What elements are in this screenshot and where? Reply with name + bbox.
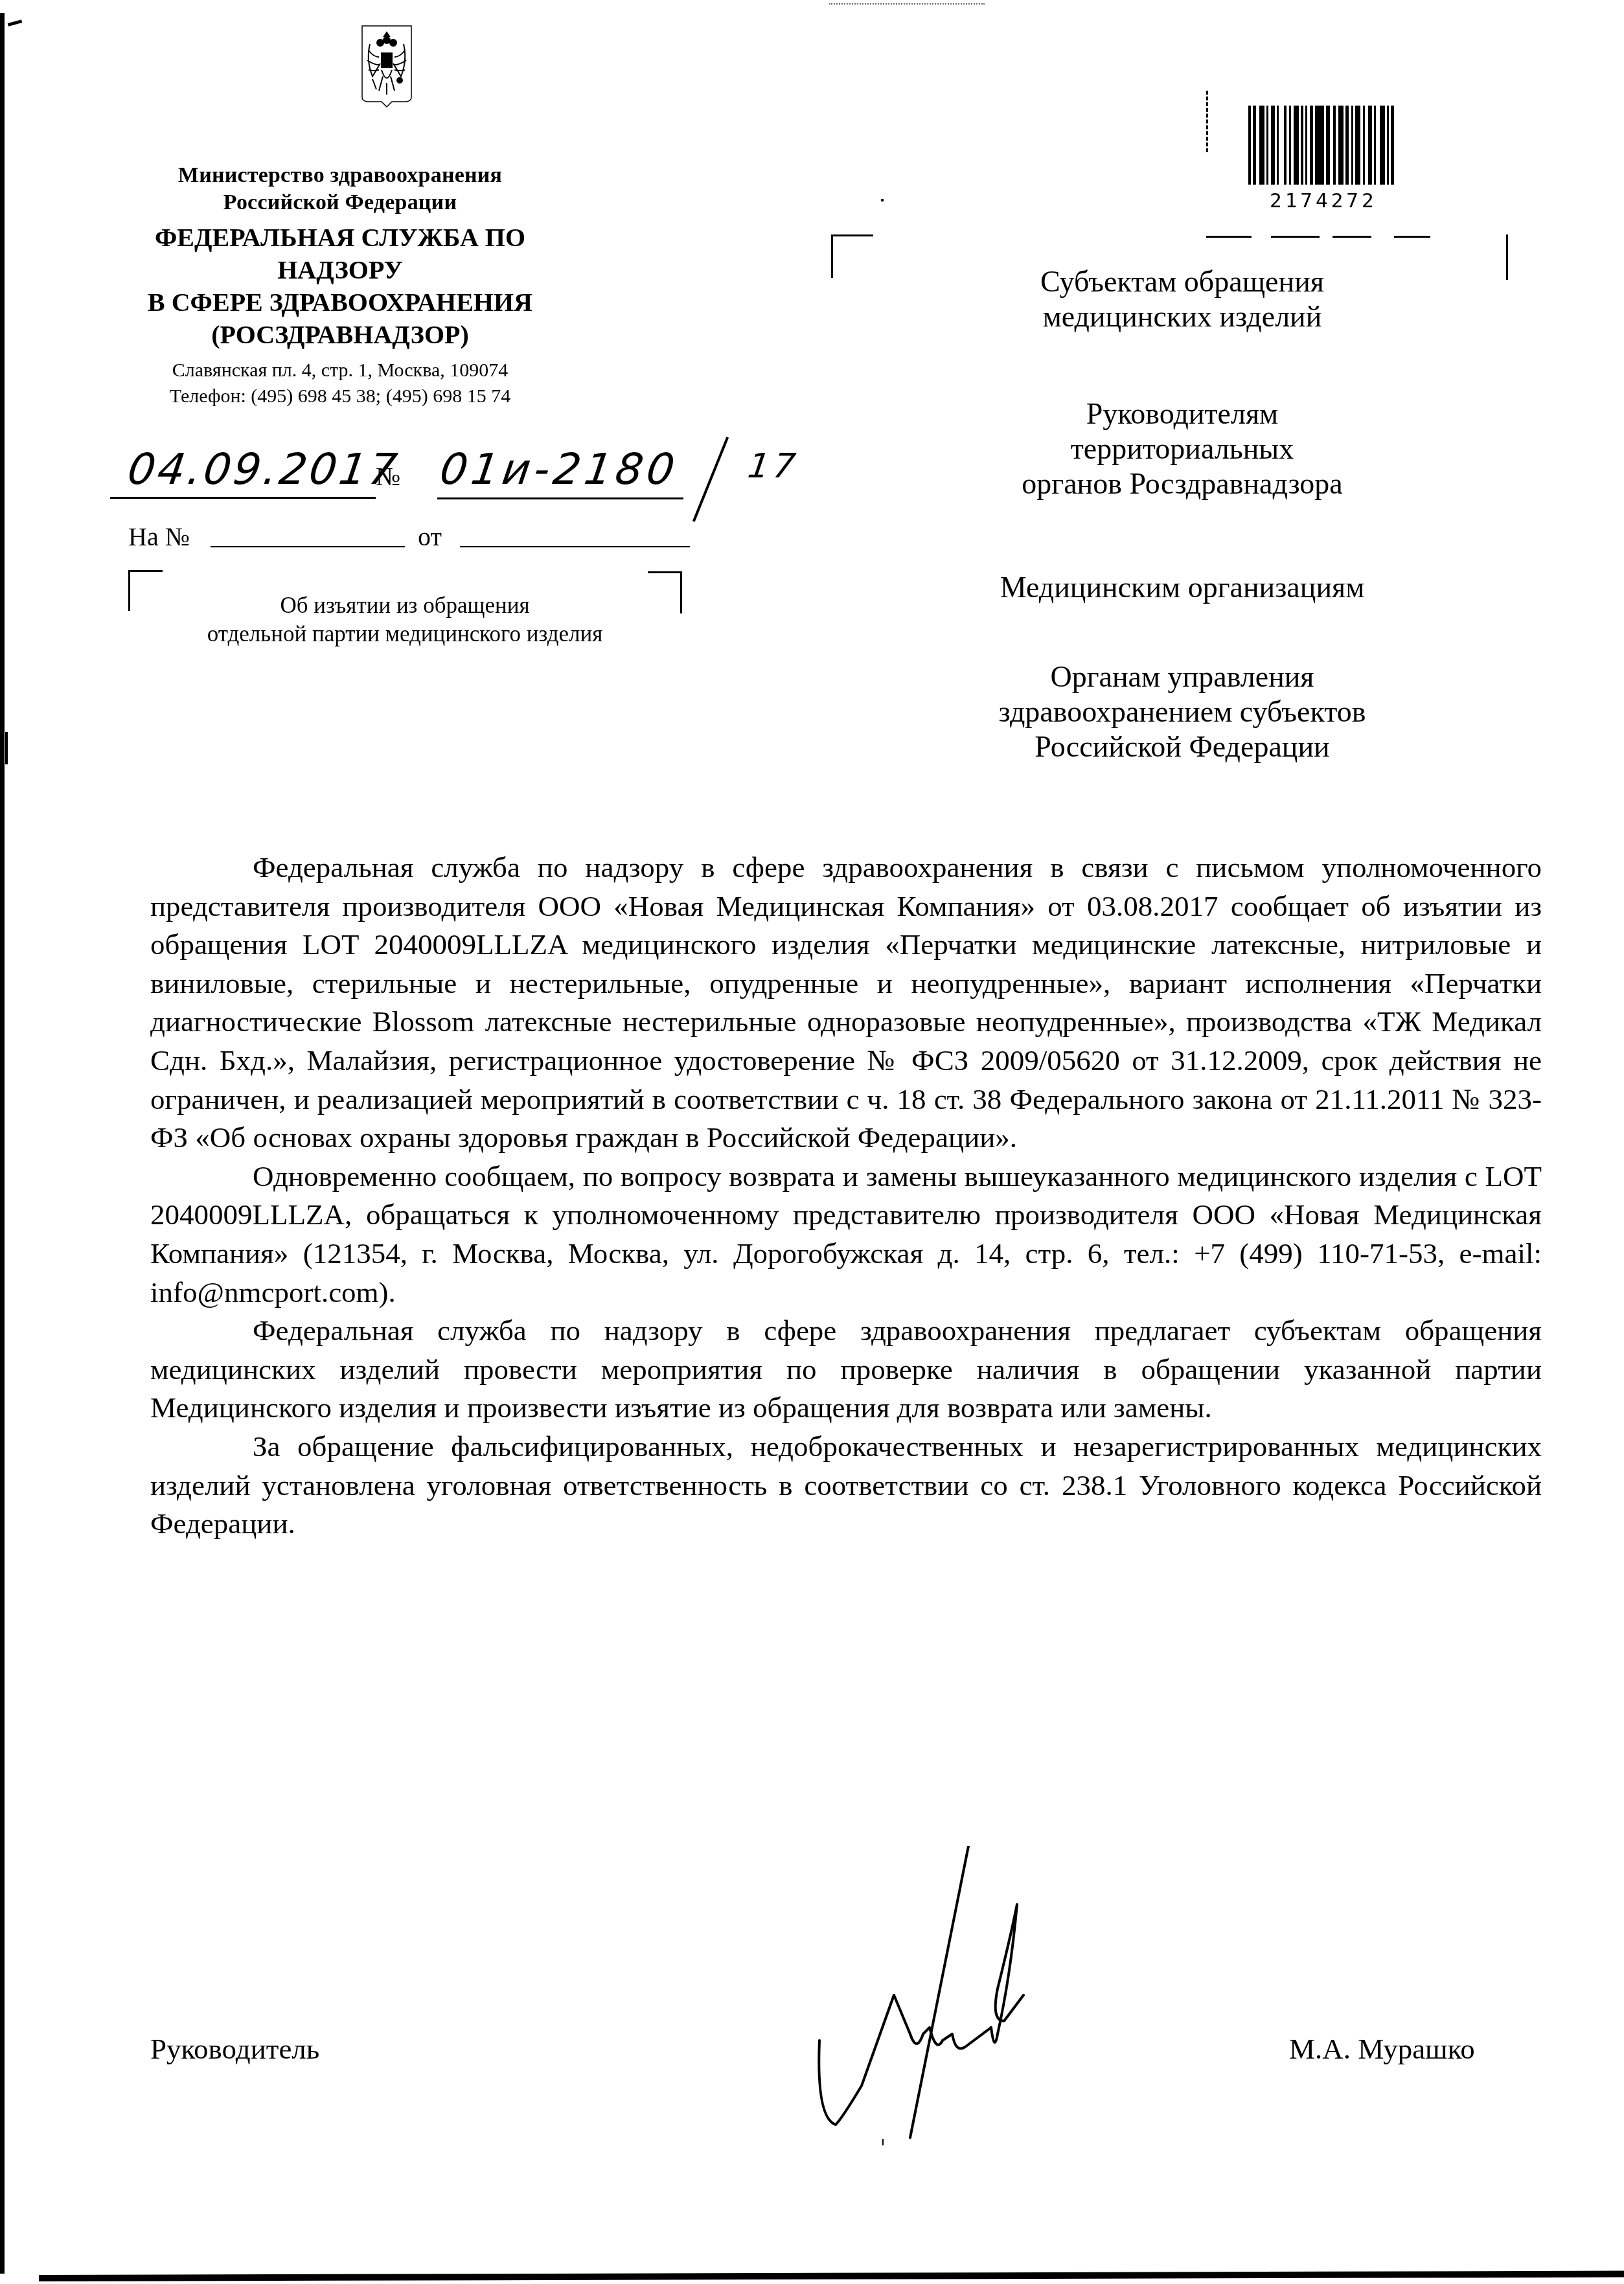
subject-line: Об изъятии из обращения xyxy=(130,591,680,620)
signer-name: М.А. Мурашко xyxy=(1289,2032,1475,2066)
ministry-line: Российской Федерации xyxy=(97,189,583,216)
fold-mark xyxy=(1206,91,1210,152)
barcode-icon xyxy=(1248,106,1420,185)
agency-contacts: Славянская пл. 4, стр. 1, Москва, 109074… xyxy=(97,358,583,409)
body-paragraph: Федеральная служба по надзору в сфере зд… xyxy=(150,849,1542,1158)
agency-line: В СФЕРЕ ЗДРАВООХРАНЕНИЯ xyxy=(97,286,583,319)
scan-edge-bottom xyxy=(39,2271,1624,2281)
recipient-bracket-right xyxy=(1506,234,1508,280)
ministry-line: Министерство здравоохранения xyxy=(97,162,583,189)
handwritten-signature-icon xyxy=(797,1846,1069,2144)
scan-dot xyxy=(881,199,884,201)
agency-phone: Телефон: (495) 698 45 38; (495) 698 15 7… xyxy=(97,383,583,409)
scan-edge-left xyxy=(0,13,5,2274)
recipient-line: Органам управления xyxy=(933,659,1432,694)
letter-subject: Об изъятии из обращения отдельной партии… xyxy=(130,591,680,648)
recipient-block: Медицинским организациям xyxy=(933,570,1432,605)
signer-title: Руководитель xyxy=(150,2032,319,2066)
agency-line: (РОСЗДРАВНАДЗОР) xyxy=(97,319,583,351)
agency-name: ФЕДЕРАЛЬНАЯ СЛУЖБА ПО НАДЗОРУ В СФЕРЕ ЗД… xyxy=(97,222,583,351)
scan-edge-mark xyxy=(5,732,8,764)
handwritten-date: 04.09.2017 xyxy=(125,444,403,494)
reply-to-label: На № xyxy=(128,521,190,552)
date-underline xyxy=(110,497,376,499)
recipient-block: Руководителям территориальных органов Ро… xyxy=(933,396,1432,501)
reply-from-field xyxy=(460,546,690,547)
letter-body: Федеральная служба по надзору в сфере зд… xyxy=(150,849,1542,1544)
recipient-line: территориальных xyxy=(933,431,1432,466)
address-window-marks xyxy=(1206,233,1433,240)
scan-noise xyxy=(829,3,985,6)
number-sign: № xyxy=(376,461,400,492)
handwritten-number-suffix: 17 xyxy=(746,447,802,486)
ministry-name: Министерство здравоохранения Российской … xyxy=(97,162,583,216)
barcode-number: 2174272 xyxy=(1270,189,1377,212)
recipient-line: здравоохранением субъектов xyxy=(933,694,1432,729)
body-paragraph: Одновременно сообщаем, по вопросу возвра… xyxy=(150,1158,1542,1312)
recipient-block: Субъектам обращения медицинских изделий xyxy=(933,264,1432,334)
recipient-line: органов Росздравнадзора xyxy=(933,466,1432,501)
handwritten-number: 01и-2180 xyxy=(437,444,681,494)
subject-line: отдельной партии медицинского изделия xyxy=(130,620,680,648)
recipient-line: Субъектам обращения xyxy=(933,264,1432,299)
agency-address: Славянская пл. 4, стр. 1, Москва, 109074 xyxy=(97,358,583,383)
recipient-line: медицинских изделий xyxy=(933,299,1432,334)
recipient-block: Органам управления здравоохранением субъ… xyxy=(933,659,1432,764)
recipient-bracket-left xyxy=(831,234,873,278)
reply-from-label: от xyxy=(418,521,442,552)
agency-line: ФЕДЕРАЛЬНАЯ СЛУЖБА ПО НАДЗОРУ xyxy=(97,222,583,286)
recipient-line: Медицинским организациям xyxy=(933,570,1432,605)
recipient-line: Руководителям xyxy=(933,396,1432,431)
body-paragraph: За обращение фальсифицированных, недобро… xyxy=(150,1428,1542,1544)
number-underline xyxy=(437,497,683,499)
russian-coat-of-arms-icon xyxy=(361,25,413,109)
reply-to-field xyxy=(211,546,405,547)
scan-dot xyxy=(882,2139,884,2145)
scan-edge-tick xyxy=(8,19,23,27)
handwritten-slash xyxy=(692,437,729,521)
body-paragraph: Федеральная служба по надзору в сфере зд… xyxy=(150,1312,1542,1428)
recipient-line: Российской Федерации xyxy=(933,729,1432,764)
